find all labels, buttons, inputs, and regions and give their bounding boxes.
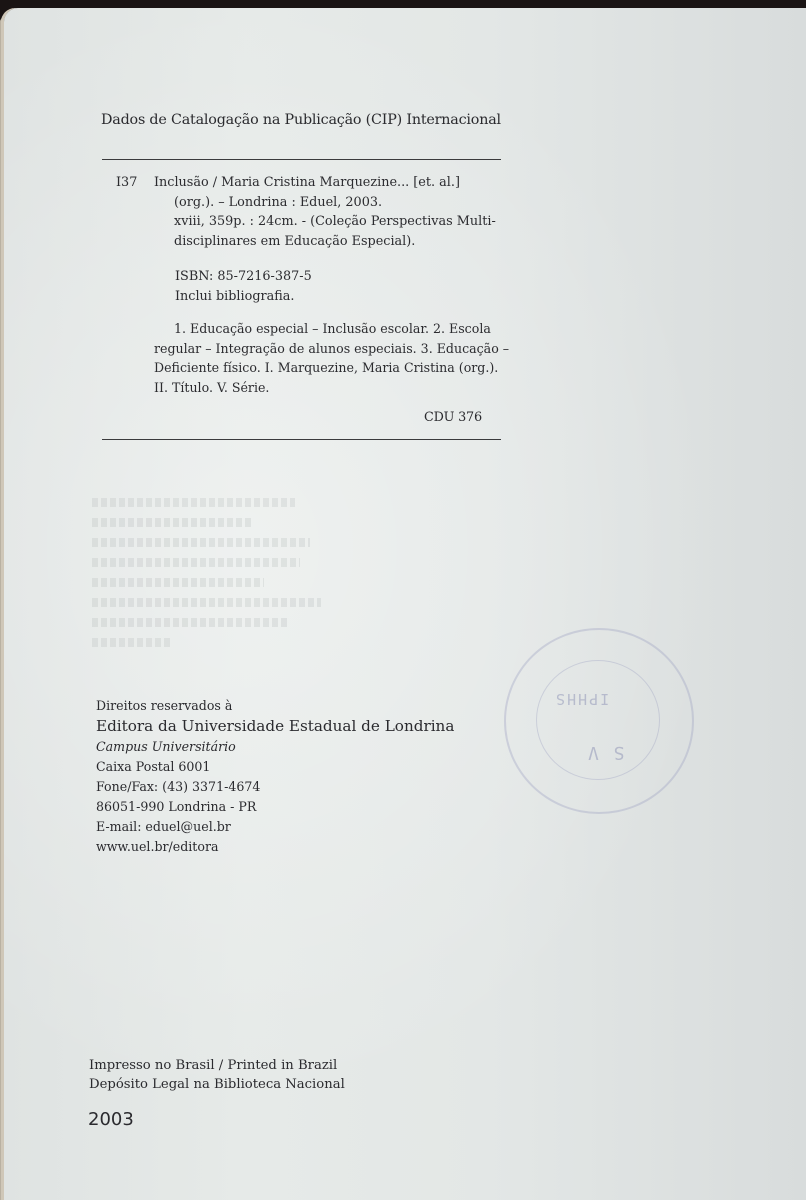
publication-year: 2003 [88, 1109, 134, 1130]
cip-record: I37 Inclusão / Maria Cristina Marquezine… [116, 173, 502, 251]
publisher-campus: Campus Universitário [96, 737, 454, 757]
stamp-mark: S V [586, 742, 625, 763]
bottom-divider [102, 439, 501, 440]
email: E-mail: eduel@uel.br [96, 817, 454, 837]
book-page: Dados de Catalogação na Publicação (CIP)… [4, 8, 806, 1200]
website: www.uel.br/editora [96, 837, 454, 857]
isbn: ISBN: 85-7216-387-5 [175, 267, 312, 287]
cip-line: disciplinares em Educação Especial). [154, 232, 502, 252]
stamp-mark: IPHHS [554, 690, 609, 708]
phone-fax: Fone/Fax: (43) 3371-4674 [96, 777, 454, 797]
printed-in: Impresso no Brasil / Printed in Brazil [89, 1056, 345, 1075]
isbn-block: ISBN: 85-7216-387-5 Inclui bibliografia. [175, 267, 312, 306]
postal-box: Caixa Postal 6001 [96, 757, 454, 777]
subject-line: II. Título. V. Série. [154, 378, 500, 398]
cip-line: (org.). – Londrina : Eduel, 2003. [154, 193, 502, 213]
bibliography-note: Inclui bibliografia. [175, 287, 312, 307]
cdu-classification: CDU 376 [424, 410, 482, 425]
publisher-info: Direitos reservados à Editora da Univers… [96, 696, 454, 857]
postal-code-city: 86051-990 Londrina - PR [96, 797, 454, 817]
show-through-bleed [92, 498, 352, 688]
cip-line: Inclusão / Maria Cristina Marquezine... … [154, 173, 502, 193]
subject-line: Deficiente físico. I. Marquezine, Maria … [154, 358, 500, 378]
cip-line: xviii, 359p. : 24cm. - (Coleção Perspect… [154, 212, 502, 232]
subject-line: 1. Educação especial – Inclusão escolar.… [154, 319, 500, 339]
top-divider [102, 159, 501, 160]
publisher-name: Editora da Universidade Estadual de Lond… [96, 716, 454, 737]
subject-headings: 1. Educação especial – Inclusão escolar.… [154, 319, 500, 397]
call-number: I37 [116, 173, 154, 251]
rights-reserved: Direitos reservados à [96, 696, 454, 716]
legal-deposit: Depósito Legal na Biblioteca Nacional [89, 1075, 345, 1094]
imprint: Impresso no Brasil / Printed in Brazil D… [89, 1056, 345, 1094]
subject-line: regular – Integração de alunos especiais… [154, 339, 500, 359]
cip-description: Inclusão / Maria Cristina Marquezine... … [154, 173, 502, 251]
library-stamp: IPHHS S V [504, 628, 694, 814]
cip-title: Dados de Catalogação na Publicação (CIP)… [101, 112, 501, 128]
